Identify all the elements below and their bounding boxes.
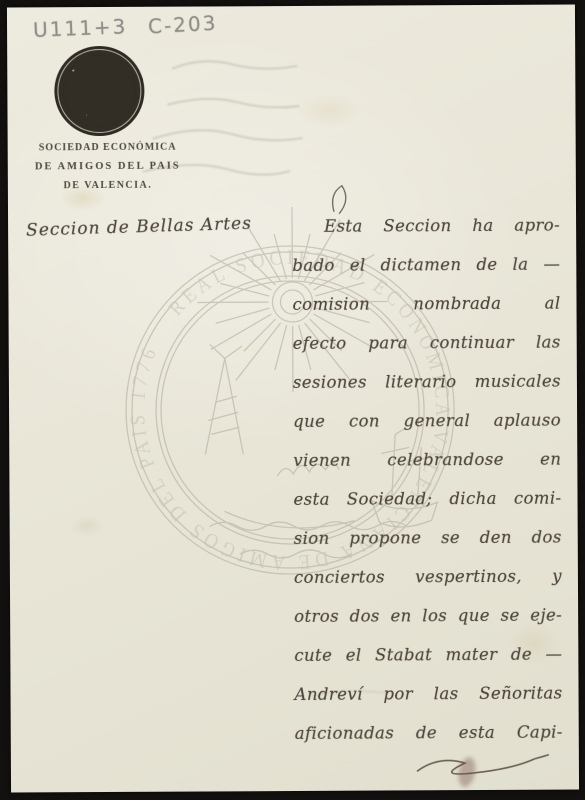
letterhead-line: DE VALENCIA. — [18, 175, 198, 195]
body-line: Esta Seccion ha apro- — [292, 206, 560, 246]
closing-flourish — [407, 745, 567, 792]
archival-code-right: C-203 — [147, 11, 218, 39]
body-line: que con general aplauso — [293, 401, 561, 441]
scanned-letter-page: REAL SOCIEDAD ECONOMICA VALENCIANA DE AM… — [7, 5, 579, 793]
body-line: esta Sociedad; dicha comi- — [293, 479, 561, 519]
paper-stain — [70, 515, 104, 537]
body-line: vienen celebrandose en — [293, 440, 561, 480]
sociedad-ink-seal-icon — [44, 36, 155, 147]
body-line: sion propone se den dos — [294, 518, 562, 558]
body-line: Andreví por las Señoritas — [294, 674, 562, 714]
printed-letterhead: SOCIEDAD ECONÓMICA DE AMIGOS DEL PAIS DE… — [18, 137, 198, 195]
body-line: efecto para continuar las — [293, 323, 561, 363]
body-line: bado el dictamen de la — — [292, 245, 560, 285]
letterhead-line: DE AMIGOS DEL PAIS — [18, 156, 198, 176]
body-line: sesiones literario musicales — [293, 362, 561, 402]
letter-body: Esta Seccion ha apro- bado el dictamen d… — [292, 206, 563, 753]
body-line: comision nombrada al — [292, 284, 560, 324]
body-line: conciertos vespertinos, y — [294, 557, 562, 597]
body-line: cute el Stabat mater de — — [294, 635, 562, 675]
letterhead-line: SOCIEDAD ECONÓMICA — [18, 137, 198, 157]
body-line: otros dos en los que se eje- — [294, 596, 562, 636]
section-heading: Seccion de Bellas Artes — [26, 213, 277, 241]
paper-stain — [297, 94, 361, 128]
